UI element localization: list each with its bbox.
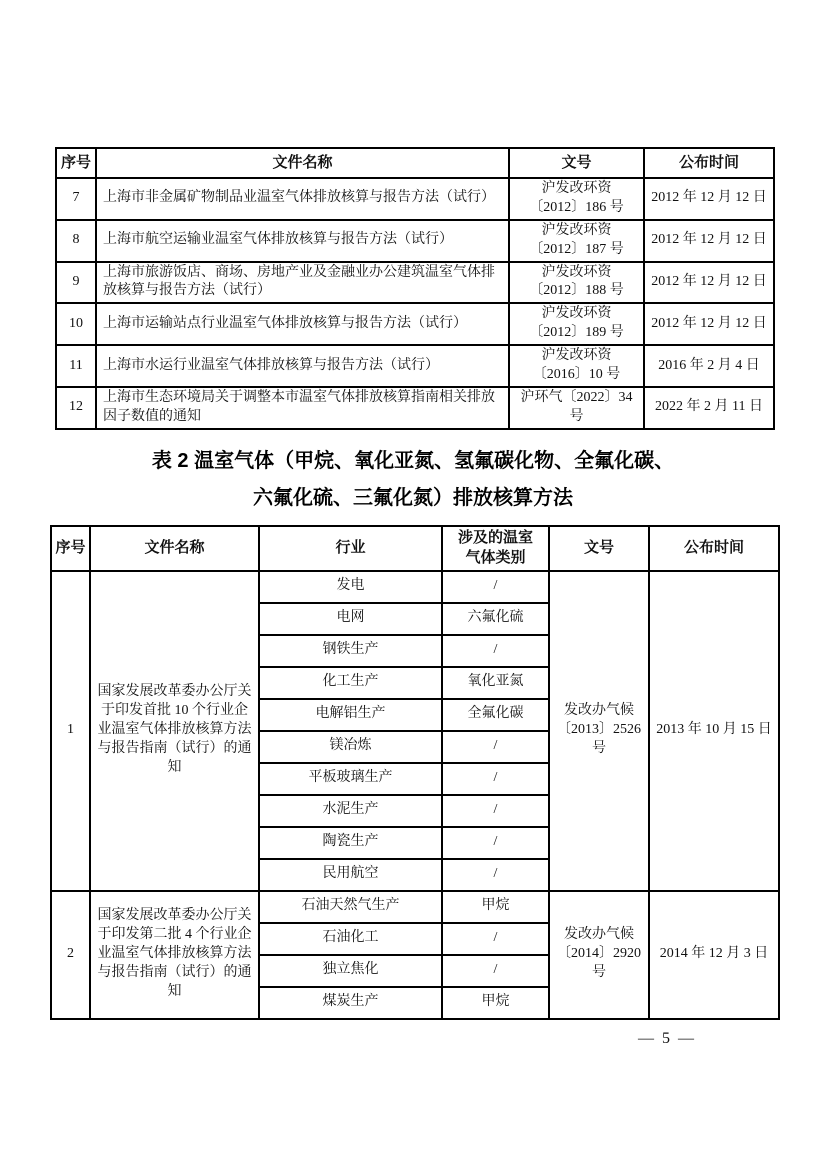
cell-gas: 全氟化碳 [442, 699, 549, 731]
cell-date: 2022 年 2 月 11 日 [644, 387, 774, 429]
cell-gas: 甲烷 [442, 891, 549, 923]
cell-industry: 独立焦化 [259, 955, 442, 987]
cell-industry: 平板玻璃生产 [259, 763, 442, 795]
table2-header-row: 序号 文件名称 行业 涉及的温室 气体类别 文号 公布时间 [51, 526, 779, 571]
cell-gas: / [442, 763, 549, 795]
cell-no: 2 [51, 891, 90, 1019]
table2-header-doc: 文号 [549, 526, 649, 571]
cell-gas: / [442, 571, 549, 603]
table2-header-industry: 行业 [259, 526, 442, 571]
cell-no: 7 [56, 178, 96, 220]
cell-name: 国家发展改革委办公厅关于印发首批 10 个行业企业温室气体排放核算方法与报告指南… [90, 571, 259, 891]
cell-date: 2012 年 12 月 12 日 [644, 220, 774, 262]
cell-industry: 钢铁生产 [259, 635, 442, 667]
cell-industry: 化工生产 [259, 667, 442, 699]
cell-gas: / [442, 731, 549, 763]
cell-doc: 沪发改环资 〔2012〕186 号 [509, 178, 644, 220]
document-page: 序号 文件名称 文号 公布时间 7 上海市非金属矿物制品业温室气体排放核算与报告… [0, 0, 826, 1169]
table1-header-row: 序号 文件名称 文号 公布时间 [56, 148, 774, 178]
cell-industry: 电网 [259, 603, 442, 635]
cell-no: 12 [56, 387, 96, 429]
table2-header-gas: 涉及的温室 气体类别 [442, 526, 549, 571]
cell-no: 8 [56, 220, 96, 262]
cell-gas: 甲烷 [442, 987, 549, 1019]
cell-gas: / [442, 859, 549, 891]
cell-date: 2016 年 2 月 4 日 [644, 345, 774, 387]
table1-header-date: 公布时间 [644, 148, 774, 178]
cell-no: 9 [56, 262, 96, 304]
cell-industry: 陶瓷生产 [259, 827, 442, 859]
cell-name: 上海市航空运输业温室气体排放核算与报告方法（试行） [96, 220, 509, 262]
cell-gas: / [442, 635, 549, 667]
cell-industry: 电解铝生产 [259, 699, 442, 731]
cell-no: 1 [51, 571, 90, 891]
cell-date: 2012 年 12 月 12 日 [644, 178, 774, 220]
cell-name: 上海市运输站点行业温室气体排放核算与报告方法（试行） [96, 303, 509, 345]
cell-doc: 发改办气候 〔2014〕2920 号 [549, 891, 649, 1019]
table1-header-no: 序号 [56, 148, 96, 178]
cell-date: 2012 年 12 月 12 日 [644, 262, 774, 304]
table-1-co2-methods: 序号 文件名称 文号 公布时间 7 上海市非金属矿物制品业温室气体排放核算与报告… [55, 147, 775, 430]
cell-gas: / [442, 923, 549, 955]
table2-header-no: 序号 [51, 526, 90, 571]
table-row: 1 国家发展改革委办公厅关于印发首批 10 个行业企业温室气体排放核算方法与报告… [51, 571, 779, 603]
table-2-title-line2: 六氟化硫、三氟化氮）排放核算方法 [0, 480, 826, 517]
page-number: — 5 — [638, 1030, 696, 1048]
cell-industry: 石油化工 [259, 923, 442, 955]
table-row: 9 上海市旅游饭店、商场、房地产业及金融业办公建筑温室气体排放核算与报告方法（试… [56, 262, 774, 304]
table2-header-date: 公布时间 [649, 526, 779, 571]
table-row: 7 上海市非金属矿物制品业温室气体排放核算与报告方法（试行） 沪发改环资 〔20… [56, 178, 774, 220]
cell-doc: 沪发改环资 〔2012〕189 号 [509, 303, 644, 345]
table-row: 2 国家发展改革委办公厅关于印发第二批 4 个行业企业温室气体排放核算方法与报告… [51, 891, 779, 923]
cell-date: 2012 年 12 月 12 日 [644, 303, 774, 345]
cell-gas: 氧化亚氮 [442, 667, 549, 699]
cell-doc: 发改办气候 〔2013〕2526 号 [549, 571, 649, 891]
cell-date: 2014 年 12 月 3 日 [649, 891, 779, 1019]
cell-industry: 发电 [259, 571, 442, 603]
table-row: 11 上海市水运行业温室气体排放核算与报告方法（试行） 沪发改环资 〔2016〕… [56, 345, 774, 387]
table-2-ghg-methods: 序号 文件名称 行业 涉及的温室 气体类别 文号 公布时间 1 国家发展改革委办… [50, 525, 780, 1020]
cell-doc: 沪发改环资 〔2012〕187 号 [509, 220, 644, 262]
table-row: 8 上海市航空运输业温室气体排放核算与报告方法（试行） 沪发改环资 〔2012〕… [56, 220, 774, 262]
cell-name: 上海市生态环境局关于调整本市温室气体排放核算指南相关排放因子数值的通知 [96, 387, 509, 429]
cell-doc: 沪发改环资 〔2012〕188 号 [509, 262, 644, 304]
table-2-title: 表 2 温室气体（甲烷、氧化亚氮、氢氟碳化物、全氟化碳、 六氟化硫、三氟化氮）排… [0, 443, 826, 517]
cell-no: 10 [56, 303, 96, 345]
cell-industry: 石油天然气生产 [259, 891, 442, 923]
table-row: 12 上海市生态环境局关于调整本市温室气体排放核算指南相关排放因子数值的通知 沪… [56, 387, 774, 429]
cell-doc: 沪环气〔2022〕34 号 [509, 387, 644, 429]
cell-industry: 民用航空 [259, 859, 442, 891]
cell-date: 2013 年 10 月 15 日 [649, 571, 779, 891]
cell-name: 上海市非金属矿物制品业温室气体排放核算与报告方法（试行） [96, 178, 509, 220]
cell-name: 上海市旅游饭店、商场、房地产业及金融业办公建筑温室气体排放核算与报告方法（试行） [96, 262, 509, 304]
cell-no: 11 [56, 345, 96, 387]
cell-industry: 煤炭生产 [259, 987, 442, 1019]
cell-industry: 水泥生产 [259, 795, 442, 827]
cell-name: 国家发展改革委办公厅关于印发第二批 4 个行业企业温室气体排放核算方法与报告指南… [90, 891, 259, 1019]
cell-name: 上海市水运行业温室气体排放核算与报告方法（试行） [96, 345, 509, 387]
cell-gas: 六氟化硫 [442, 603, 549, 635]
cell-doc: 沪发改环资 〔2016〕10 号 [509, 345, 644, 387]
cell-gas: / [442, 827, 549, 859]
cell-industry: 镁冶炼 [259, 731, 442, 763]
cell-gas: / [442, 955, 549, 987]
cell-gas: / [442, 795, 549, 827]
table1-header-name: 文件名称 [96, 148, 509, 178]
table2-header-name: 文件名称 [90, 526, 259, 571]
table1-header-doc: 文号 [509, 148, 644, 178]
table-2-title-line1: 表 2 温室气体（甲烷、氧化亚氮、氢氟碳化物、全氟化碳、 [0, 443, 826, 480]
table-row: 10 上海市运输站点行业温室气体排放核算与报告方法（试行） 沪发改环资 〔201… [56, 303, 774, 345]
